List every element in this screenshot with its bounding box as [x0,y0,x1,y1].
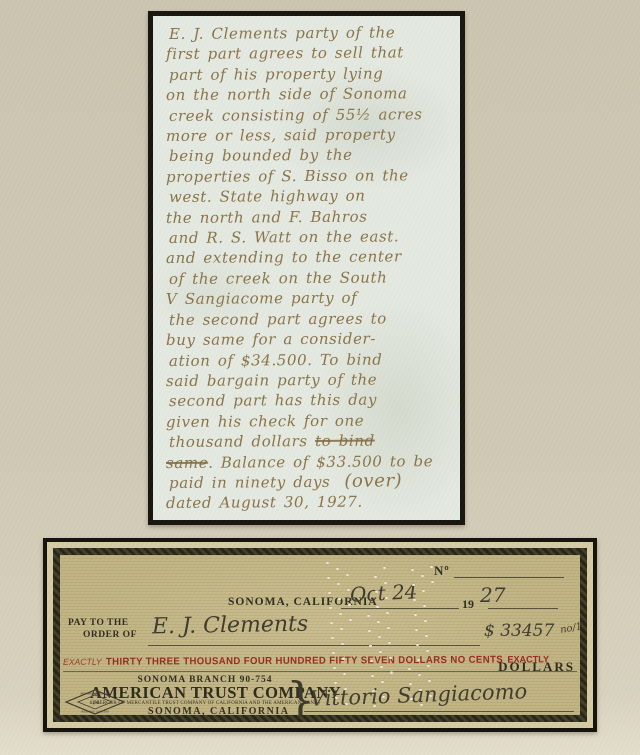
check-body: Nº SONOMA, CALIFORNIA Oct 24 19 27 PAY T… [60,555,580,715]
note-line: V Sangiacome party of [166,287,452,309]
check-year-written: 27 [480,583,505,607]
agreement-paper: E. J. Clements party of thefirst part ag… [153,16,460,520]
check-decorative-border: Nº SONOMA, CALIFORNIA Oct 24 19 27 PAY T… [53,548,587,722]
note-line: same. Balance of $33.500 to be [166,451,452,473]
check-amount-stamp: EXACTLY THIRTY THREE THOUSAND FOUR HUNDR… [63,649,558,670]
check-bank-city: SONOMA, CALIFORNIA [148,706,289,715]
note-line: thousand dollars to bind [169,430,452,452]
note-line: E. J. Clements party of the [169,22,452,44]
note-line: more or less, said property [166,124,452,146]
seal-bottom-text: RESERVE SYSTEM [81,710,108,714]
check-amount-fraction: no/100 [559,619,580,636]
check-date-written: Oct 24 [349,579,418,606]
stamp-text: THIRTY THREE THOUSAND FOUR HUNDRED FIFTY… [106,655,503,668]
note-line: said bargain party of the [166,369,452,391]
note-lines: E. J. Clements party of thefirst part ag… [166,23,452,513]
note-line: being bounded by the [169,144,452,166]
note-line: buy same for a consider- [166,328,452,350]
check-payee-line [148,645,480,646]
stamp-prefix: EXACTLY [63,657,102,667]
note-line: first part agrees to sell that [166,42,452,64]
seal-top-text: MEMBER FEDERAL [81,692,110,696]
check-year-printed: 19 [462,597,474,612]
note-line: west. State highway on [169,185,452,207]
note-line: creek consisting of 55½ acres [169,104,452,126]
note-line: and R. S. Watt on the east. [169,226,452,248]
agreement-photo-frame: E. J. Clements party of thefirst part ag… [148,11,465,525]
note-line: given his check for one [166,410,452,432]
check-amount-written: $ 33457 no/100 [484,621,580,641]
note-line: the north and F. Bahros [166,206,452,228]
note-line: ation of $34.500. To bind [169,349,452,371]
check-payee-written: E. J. Clements [152,612,309,640]
check-pay-to-label: PAY TO THE [68,618,129,628]
check-number-line [454,577,564,578]
check-mat: Nº SONOMA, CALIFORNIA Oct 24 19 27 PAY T… [47,542,593,728]
note-line: the second part agrees to [169,308,452,330]
note-line: paid in ninety days(over) [169,471,452,493]
note-line: dated August 30, 1927. [166,491,452,513]
check-year-line [488,608,558,609]
note-line: part of his property lying [169,63,452,85]
note-line: and extending to the center [166,246,452,268]
check-signature-line [304,711,574,712]
note-line: on the north side of Sonoma [166,83,452,105]
check-signature-written: Vittorio Sangiacomo [310,679,528,711]
note-line: properties of S. Bisso on the [166,165,452,187]
note-line: of the creek on the South [169,267,452,289]
note-line: second part has this day [169,389,452,411]
check-order-of-label: ORDER OF [83,630,137,640]
check-number-label: Nº [434,563,450,579]
check-amount-number: $ 33457 [484,621,554,641]
federal-reserve-seal-icon: MEMBER FEDERAL 12-L RESERVE SYSTEM [64,688,126,715]
check-photo-frame: Nº SONOMA, CALIFORNIA Oct 24 19 27 PAY T… [43,538,597,732]
stamp-suffix: EXACTLY [507,654,549,665]
seal-center-text: 12-L [90,700,101,706]
check-date-line [341,608,459,609]
album-page: { "note": { "lines": [ {"segs": [{"t": "… [0,0,640,755]
